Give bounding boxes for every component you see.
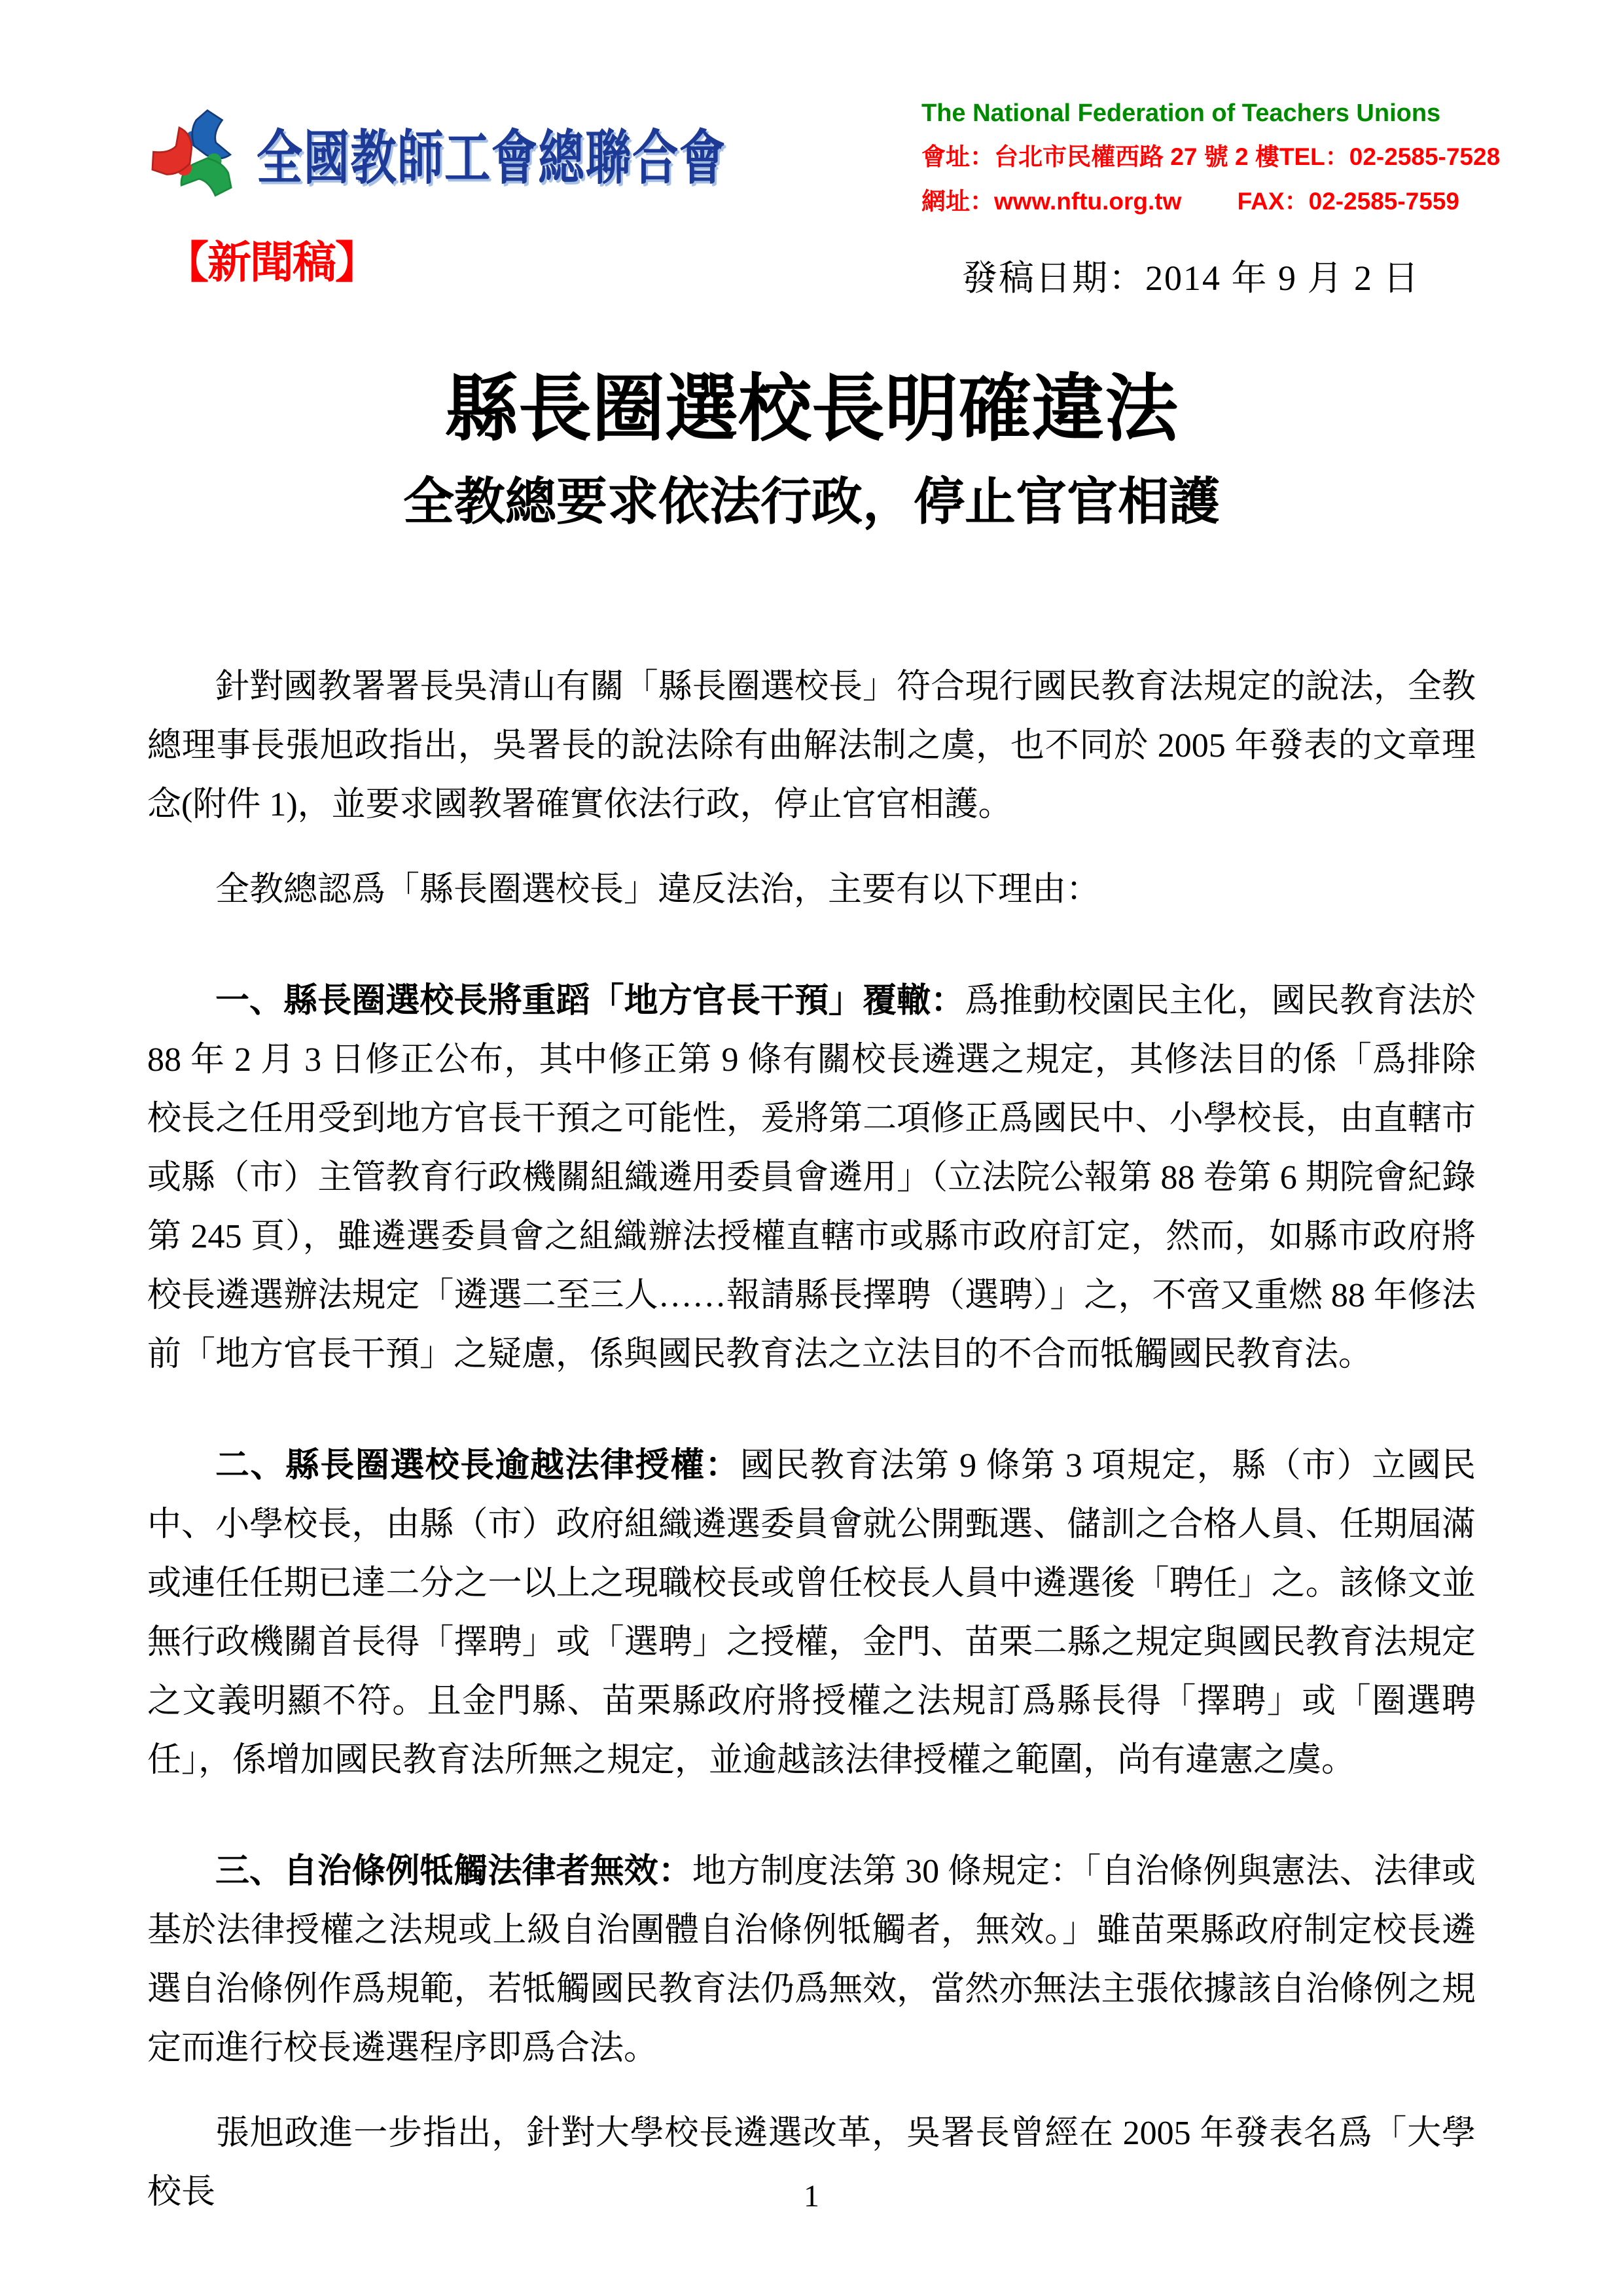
nftu-logo-icon xyxy=(139,93,255,209)
website-text: 網址：www.nftu.org.tw xyxy=(921,181,1181,217)
paragraph-text: 針對國教署署長吳清山有關「縣長圈選校長」符合現行國民教育法規定的說法，全教總理事… xyxy=(147,668,1476,823)
paragraph-lead: 二、縣長圈選校長逾越法律授權： xyxy=(215,1447,740,1484)
paragraph-text: 爲推動校園民主化，國民教育法於 88 年 2 月 3 日修正公布，其中修正第 9… xyxy=(147,982,1476,1373)
tel-text: TEL：02-2585-7528 xyxy=(1279,137,1500,172)
paragraph-text: 全教總認爲「縣長圈選校長」違反法治，主要有以下理由： xyxy=(215,871,1100,908)
press-release-label: 【新聞稿】 xyxy=(165,228,378,291)
fax-text: FAX：02-2585-7559 xyxy=(1238,181,1459,217)
org-name-zh: 全國教師工會總聯合會 xyxy=(257,110,726,195)
document-body: 針對國教署署長吳清山有關「縣長圈選校長」符合現行國民教育法規定的說法，全教總理事… xyxy=(147,658,1476,2222)
address-text: 會址：台北市民權西路 27 號 2 樓 xyxy=(921,137,1279,172)
paragraph-point-2: 二、縣長圈選校長逾越法律授權：國民教育法第 9 條第 3 項規定，縣（市）立國民… xyxy=(147,1437,1476,1790)
paragraph-lead: 一、縣長圈選校長將重蹈「地方官長干預」覆轍： xyxy=(215,982,965,1020)
org-name-en: The National Federation of Teachers Unio… xyxy=(921,99,1459,128)
paragraph-point-3: 三、自治條例牴觸法律者無效：地方制度法第 30 條規定：「自治條例與憲法、法律或… xyxy=(147,1842,1476,2078)
address-row: 會址：台北市民權西路 27 號 2 樓 TEL：02-2585-7528 xyxy=(921,137,1459,172)
paragraph: 針對國教署署長吳清山有關「縣長圈選校長」符合現行國民教育法規定的說法，全教總理事… xyxy=(147,658,1476,834)
document-subtitle: 全教總要求依法行政，停止官官相護 xyxy=(0,475,1623,529)
page-number: 1 xyxy=(0,2178,1623,2214)
paragraph-lead: 三、自治條例牴觸法律者無效： xyxy=(215,1853,692,1890)
header-contact-block: The National Federation of Teachers Unio… xyxy=(921,99,1459,217)
paragraph-text: 國民教育法第 9 條第 3 項規定，縣（市）立國民中、小學校長，由縣（市）政府組… xyxy=(147,1447,1476,1779)
paragraph-point-1: 一、縣長圈選校長將重蹈「地方官長干預」覆轍：爲推動校園民主化，國民教育法於 88… xyxy=(147,972,1476,1384)
website-row: 網址：www.nftu.org.tw FAX：02-2585-7559 xyxy=(921,181,1459,217)
paragraph: 全教總認爲「縣長圈選校長」違反法治，主要有以下理由： xyxy=(147,861,1476,920)
release-date: 發稿日期：2014 年 9 月 2 日 xyxy=(962,250,1420,300)
document-title: 縣長圈選校長明確違法 xyxy=(0,372,1623,449)
document-page: 全國教師工會總聯合會 The National Federation of Te… xyxy=(0,0,1623,2296)
